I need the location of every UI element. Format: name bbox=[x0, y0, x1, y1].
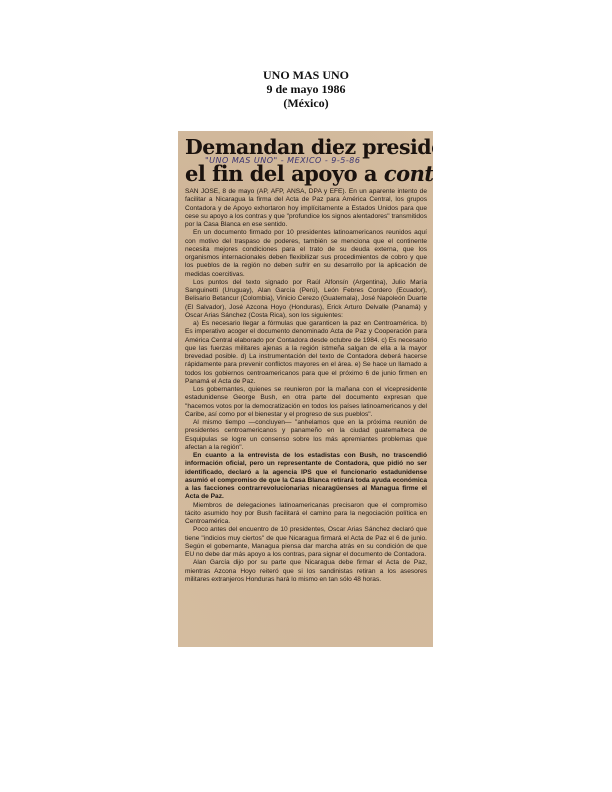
headline-italic-word: contras bbox=[384, 161, 433, 186]
headline-line-2: el fin del apoyo a contras bbox=[185, 162, 427, 185]
headline-line-2-text: el fin del apoyo a bbox=[185, 161, 384, 186]
article-body: SAN JOSE, 8 de mayo (AP, AFP, ANSA, DPA … bbox=[185, 188, 427, 584]
article-paragraph: SAN JOSE, 8 de mayo (AP, AFP, ANSA, DPA … bbox=[185, 188, 427, 229]
source-header: UNO MAS UNO 9 de mayo 1986 (México) bbox=[0, 68, 612, 110]
article-paragraph: Alan García dijo por su parte que Nicara… bbox=[185, 559, 427, 584]
article-paragraph: a) Es necesario llegar a fórmulas que ga… bbox=[185, 320, 427, 386]
article-paragraph: Miembros de delegaciones latinoamericana… bbox=[185, 502, 427, 527]
article-paragraph: Al mismo tiempo —concluyen— "anhelamos q… bbox=[185, 419, 427, 452]
article-paragraph: Los gobernantes, quienes se reunieron po… bbox=[185, 386, 427, 419]
article-paragraph: En un documento firmado por 10 president… bbox=[185, 229, 427, 279]
publication-date: 9 de mayo 1986 bbox=[0, 82, 612, 96]
article-paragraph: Los puntos del texto signado por Raúl Al… bbox=[185, 279, 427, 320]
newspaper-name: UNO MAS UNO bbox=[0, 68, 612, 82]
article-paragraph: En cuanto a la entrevista de los estadis… bbox=[185, 452, 427, 502]
article-paragraph: Poco antes del encuentro de 10 president… bbox=[185, 526, 427, 559]
newspaper-clipping: Demandan diez presidentes "UNO MAS UNO" … bbox=[178, 131, 433, 647]
publication-country: (México) bbox=[0, 96, 612, 110]
headline-line-1: Demandan diez presidentes bbox=[185, 136, 427, 158]
